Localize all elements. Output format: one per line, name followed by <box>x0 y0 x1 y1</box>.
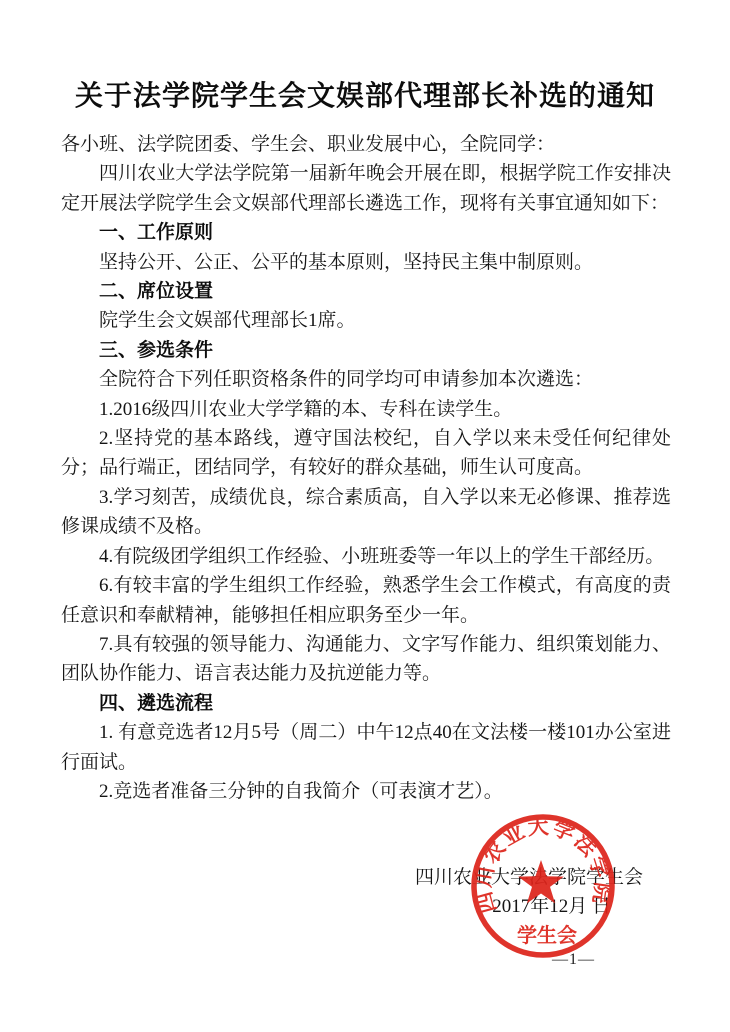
condition-item-4: 4.有院级团学组织工作经验、小班班委等一年以上的学生干部经历。 <box>61 542 671 571</box>
section-2-body: 院学生会文娱部代理部长1席。 <box>61 306 671 335</box>
section-3-heading: 三、参选条件 <box>61 336 671 365</box>
notice-document-page: 关于法学院学生会文娱部代理部长补选的通知 各小班、法学院团委、学生会、职业发展中… <box>0 0 730 1032</box>
document-body: 各小班、法学院团委、学生会、职业发展中心，全院同学： 四川农业大学法学院第一届新… <box>61 130 671 806</box>
condition-item-7: 7.具有较强的领导能力、沟通能力、文字写作能力、组织策划能力、团队协作能力、语言… <box>61 630 671 689</box>
condition-item-2: 2.坚持党的基本路线，遵守国法校纪，自入学以来未受任何纪律处分；品行端正，团结同… <box>61 424 671 483</box>
condition-item-3: 3.学习刻苦，成绩优良，综合素质高，自入学以来无必修课、推荐选修课成绩不及格。 <box>61 483 671 542</box>
document-title: 关于法学院学生会文娱部代理部长补选的通知 <box>0 74 730 114</box>
section-4-heading: 四、遴选流程 <box>61 689 671 718</box>
signature-organization: 四川农业大学法学院学生会 <box>415 863 643 892</box>
section-2-heading: 二、席位设置 <box>61 277 671 306</box>
signature-block: 四川农业大学法学院学生会 2017年12月 日 <box>415 863 643 922</box>
seal-bottom-text: 学生会 <box>517 923 577 947</box>
page-number: —1— <box>552 951 595 969</box>
process-item-2: 2.竞选者准备三分钟的自我简介（可表演才艺）。 <box>61 777 671 806</box>
condition-item-1: 1.2016级四川农业大学学籍的本、专科在读学生。 <box>61 395 671 424</box>
process-item-1: 1. 有意竞选者12月5号（周二）中午12点40在文法楼一楼101办公室进行面试… <box>61 718 671 777</box>
intro-paragraph: 四川农业大学法学院第一届新年晚会开展在即，根据学院工作安排决定开展法学院学生会文… <box>61 159 671 218</box>
condition-item-6: 6.有较丰富的学生组织工作经验，熟悉学生会工作模式，有高度的责任意识和奉献精神，… <box>61 571 671 630</box>
salutation-line: 各小班、法学院团委、学生会、职业发展中心，全院同学： <box>61 130 671 159</box>
section-3-intro: 全院符合下列任职资格条件的同学均可申请参加本次遴选： <box>61 365 671 394</box>
section-1-body: 坚持公开、公正、公平的基本原则，坚持民主集中制原则。 <box>61 248 671 277</box>
signature-date: 2017年12月 日 <box>415 892 643 921</box>
section-1-heading: 一、工作原则 <box>61 218 671 247</box>
